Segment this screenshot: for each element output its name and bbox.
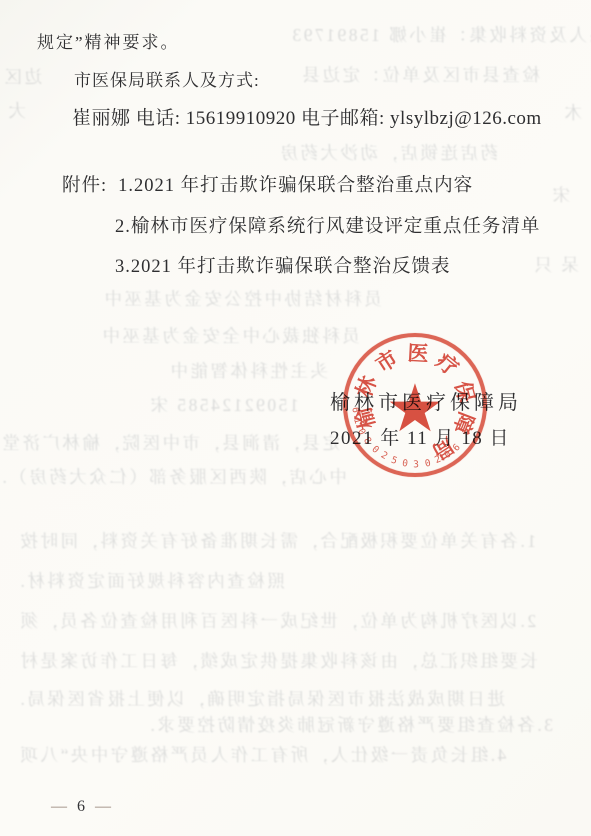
attachment-row-1: 附件: 1.2021 年打击欺诈骗保联合整治重点内容 [62,171,473,197]
seal-code-digit: 3 [413,460,419,470]
attachment-item-2: 2.榆林市医疗保障系统行风建设评定重点任务清单 [115,212,540,238]
bleed-through-line: 边区 [2,64,42,89]
official-seal: ★ 榆林市医疗保障局6108025030206 [340,330,490,480]
scanned-document-page: 联系人及资料收集：崔小娜 15891793边区检查县市区及单位：定边县大木药店连… [0,0,591,836]
paragraph-spirit-requirements: 规定”精神要求。 [37,28,180,53]
bleed-through-line: 3.各检查组要严格遵守新冠肺炎疫情防控要求. [148,712,553,737]
seal-code-digit: 6 [350,407,360,414]
seal-code-digit: 0 [424,458,432,468]
seal-arc-character: 医 [407,343,429,365]
bleed-through-line: 15092124585 宋 [148,392,299,417]
bleed-through-line: 宋 [550,182,570,207]
bleed-through-line: 检查县市区及单位：定边县 [300,62,540,87]
bleed-through-line: 照检查内容科规好面定资料材. [18,568,285,593]
bleed-through-line: 呆 只 [532,252,579,277]
page-number-dash-left: — [43,798,77,815]
bleed-through-line: 4.组长负责一级仕人，所有工作人员严格遵守中央“八项 [18,742,506,767]
bleed-through-line: 木 [562,100,582,125]
star-icon: ★ [385,376,444,442]
bleed-through-line: 药店连锁店，动沙大药房 [278,140,498,165]
bleed-through-line: 联系人及资料收集：崔小娜 15891793 [290,22,591,47]
bleed-through-line: 定县，清涧县，市中医院，榆林广济堂 [0,430,340,455]
bleed-through-line: 头主性科体智能中 [168,358,328,383]
attachments-label: 附件: [62,171,107,197]
page-number: —6— [43,798,121,816]
bleed-through-line: 大 [6,98,26,123]
bleed-through-line: 进日期成战法报市医保局指定明确，以便上报省医保局. [18,686,505,711]
contact-heading: 市医保局联系人及方式: [74,66,260,91]
page-number-value: 6 [77,798,87,815]
bleed-through-line: 2.以医疗机构为单位，世纪成一科医百利用检查位各员，须 [18,608,536,633]
attachment-item-1: 1.2021 年打击欺诈骗保联合整治重点内容 [118,171,473,197]
bleed-through-line: 员科材结协中控公安金为基巫中 [102,286,382,311]
bleed-through-line: 长要组织汇总，由该科收集提供定成绩，每日工作访案是村 [18,648,538,673]
attachment-item-3: 3.2021 年打击欺诈骗保联合整治反馈表 [115,252,451,278]
bleed-through-line: 员科独裁心中全安金为基巫中 [100,323,360,348]
bleed-through-line: 1.各有关单位要积极配合，需长期准备好有关资料，同时按 [18,528,536,553]
page-number-dash-right: — [87,798,121,815]
bleed-through-line: 中心店，陕西区服务部（仁众大药房）. [0,464,347,489]
contact-details: 崔丽娜 电话: 15619910920 电子邮箱: ylsylbzj@126.c… [72,103,542,130]
